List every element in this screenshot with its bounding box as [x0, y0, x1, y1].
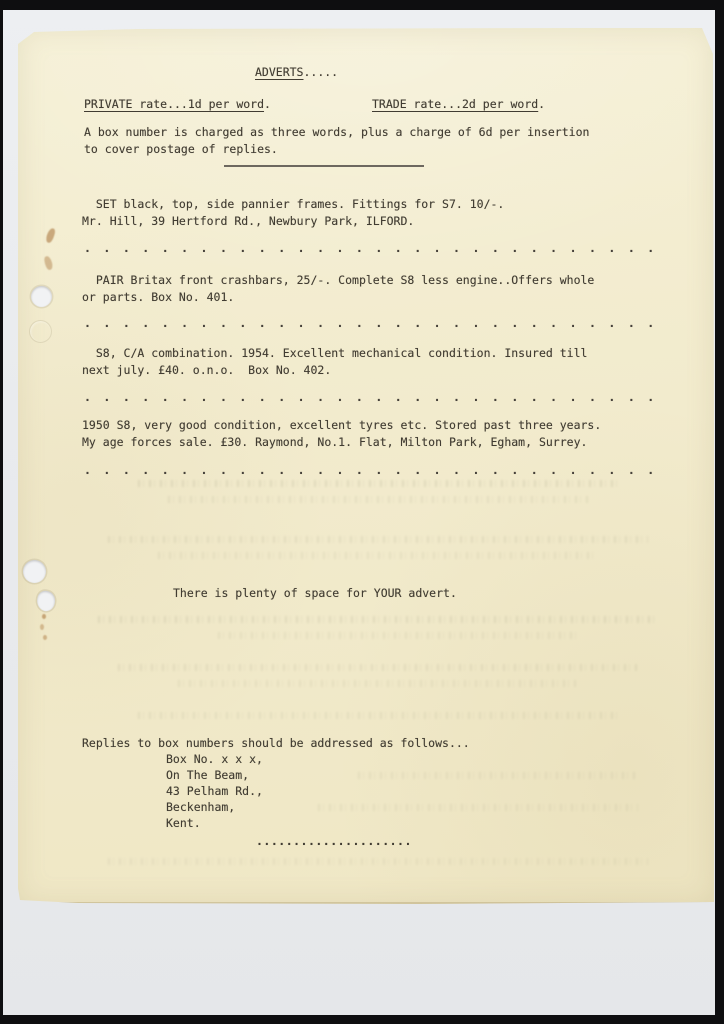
header-rule: [224, 165, 424, 167]
paper-sheet: ADVERTS..... PRIVATE rate...1d per word.…: [18, 28, 714, 904]
dotted-separator-2: ..............................: [84, 315, 667, 332]
advert-3-line1: S8, C/A combination. 1954. Excellent mec…: [82, 345, 587, 362]
bleed-through-mark: [178, 680, 578, 687]
closing-dots: .....................: [256, 833, 412, 850]
scan-frame-right: [715, 0, 724, 1024]
bleed-through-mark: [168, 496, 588, 503]
bleed-through-mark: [358, 772, 638, 779]
reply-address-line-4: Beckenham,: [166, 800, 235, 816]
bleed-through-mark: [138, 480, 618, 487]
reply-address-line-3: 43 Pelham Rd.,: [166, 784, 263, 800]
page-title-text: ADVERTS: [255, 65, 303, 79]
scan-frame-left: [0, 0, 3, 1024]
box-note-line1: A box number is charged as three words, …: [84, 124, 589, 141]
punch-hole-2: [23, 560, 46, 583]
advert-1-line2: Mr. Hill, 39 Hertford Rd., Newbury Park,…: [82, 213, 414, 230]
scan-frame-bottom: [0, 1015, 724, 1024]
rust-stain-2: [40, 624, 44, 630]
reply-address-line-2: On The Beam,: [166, 768, 249, 784]
punch-hole-impression: [29, 320, 52, 343]
scanned-document-page: ADVERTS..... PRIVATE rate...1d per word.…: [0, 0, 724, 1024]
bleed-through-mark: [138, 712, 618, 719]
bleed-through-mark: [108, 536, 648, 543]
bleed-through-mark: [98, 616, 658, 623]
scan-frame-top: [0, 0, 724, 10]
box-note-line2: to cover postage of replies.: [84, 141, 278, 158]
replies-intro: Replies to box numbers should be address…: [82, 735, 470, 752]
page-title-dots: .....: [303, 65, 338, 79]
rust-stain-1: [42, 614, 46, 619]
tape-stain-1: [45, 227, 56, 243]
space-available-note: There is plenty of space for YOUR advert…: [173, 585, 457, 602]
torn-punch-hole: [35, 589, 57, 612]
advert-2-line2: or parts. Box No. 401.: [82, 289, 234, 306]
dotted-separator-4: ..............................: [84, 462, 667, 479]
advert-1-line1: SET black, top, side pannier frames. Fit…: [82, 196, 504, 213]
bleed-through-mark: [108, 858, 648, 865]
dotted-separator-1: ..............................: [84, 240, 667, 257]
dotted-separator-3: ..............................: [84, 389, 667, 406]
advert-2-line1: PAIR Britax front crashbars, 25/-. Compl…: [82, 272, 594, 289]
private-rate: PRIVATE rate...1d per word.: [84, 96, 271, 113]
bleed-through-mark: [118, 664, 638, 671]
advert-3-line2: next july. £40. o.n.o. Box No. 402.: [82, 362, 331, 379]
tape-stain-2: [43, 255, 53, 270]
page-title: ADVERTS.....: [255, 64, 338, 81]
reply-address-line-5: Kent.: [166, 816, 201, 832]
rust-stain-3: [43, 635, 47, 640]
bleed-through-mark: [158, 552, 598, 559]
advert-4-line1: 1950 S8, very good condition, excellent …: [82, 417, 601, 434]
advert-4-line2: My age forces sale. £30. Raymond, No.1. …: [82, 434, 587, 451]
bleed-through-mark: [218, 632, 578, 639]
trade-rate: TRADE rate...2d per word.: [372, 96, 545, 113]
bleed-through-mark: [318, 804, 638, 811]
reply-address-line-1: Box No. x x x,: [166, 752, 263, 768]
punch-hole-1: [31, 286, 52, 307]
